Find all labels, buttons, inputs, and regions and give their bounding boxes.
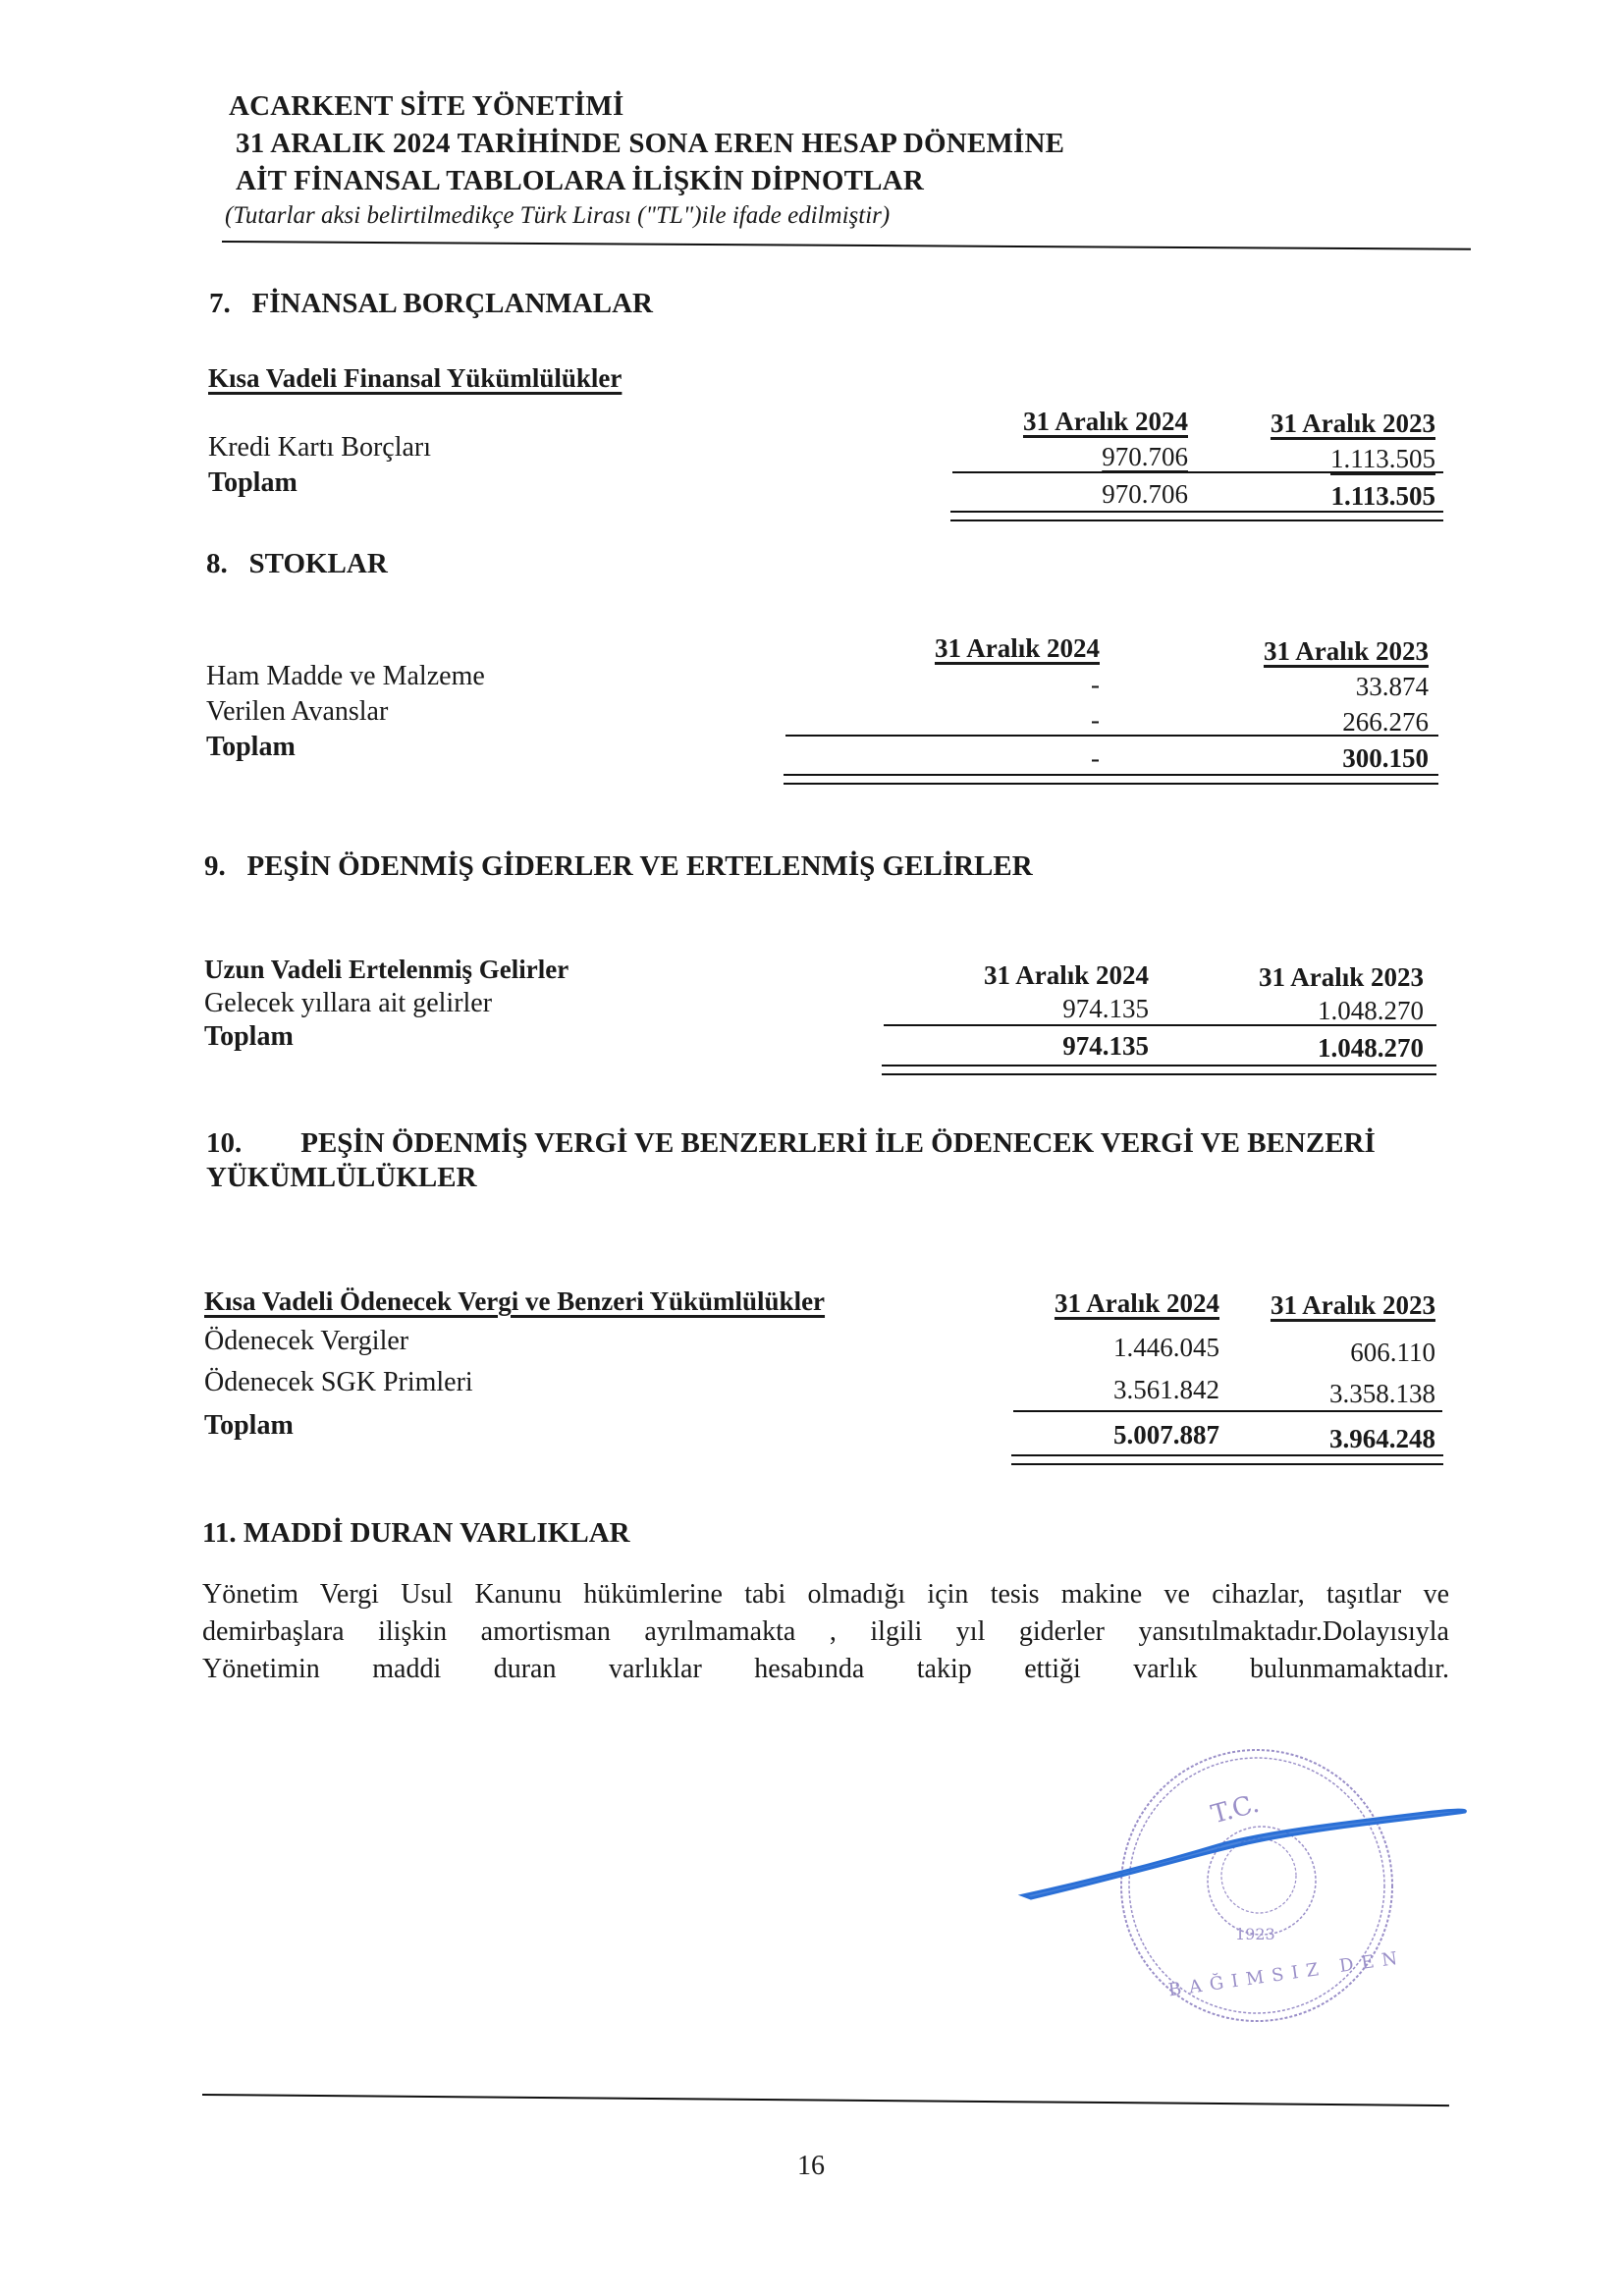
section-7-total-current: 970.706 (943, 479, 1188, 510)
section-9-subtitle: Uzun Vadeli Ertelenmiş Gelirler (204, 955, 568, 985)
section-9-row-current: 974.135 (903, 994, 1149, 1024)
section-10-subtitle: Kısa Vadeli Ödenecek Vergi ve Benzeri Yü… (204, 1286, 825, 1317)
section-8-heading: 8. STOKLAR (206, 548, 388, 580)
section-8-total-label: Toplam (206, 732, 296, 763)
section-10-row-current: 1.446.045 (974, 1333, 1219, 1363)
section-10-total-label: Toplam (204, 1410, 294, 1442)
signature-stroke-icon (1011, 1802, 1483, 1910)
section-7-col-prior: 31 Aralık 2023 (1190, 409, 1435, 439)
section-10-title: PEŞİN ÖDENMİŞ VERGİ VE BENZERLERİ İLE ÖD… (300, 1127, 1376, 1159)
section-9-total-label: Toplam (204, 1021, 294, 1053)
report-period-title: 31 ARALIK 2024 TARİHİNDE SONA EREN HESAP… (236, 128, 1064, 159)
section-8-number: 8. (206, 548, 228, 579)
section-9-title: PEŞİN ÖDENMİŞ GİDERLER VE ERTELENMİŞ GEL… (247, 850, 1033, 882)
section-7-total-label: Toplam (208, 467, 298, 499)
section-10-total-double-rule (1011, 1454, 1443, 1465)
signature (1011, 1802, 1483, 1910)
section-10-row-label: Ödenecek SGK Primleri (204, 1367, 473, 1398)
section-7-col-current: 31 Aralık 2024 (943, 407, 1188, 437)
section-9-number: 9. (204, 850, 226, 882)
section-10-col-current: 31 Aralık 2024 (974, 1288, 1219, 1319)
section-8-row-current: - (854, 705, 1100, 736)
section-8-total-current: - (854, 743, 1100, 774)
section-7-row-label: Kredi Kartı Borçları (208, 432, 431, 464)
section-8-row-prior: 33.874 (1183, 672, 1429, 702)
section-9-total-double-rule (882, 1065, 1436, 1075)
section-8-title: STOKLAR (249, 548, 388, 579)
section-8-col-prior: 31 Aralık 2023 (1183, 636, 1429, 667)
section-9-subtotal-rule (884, 1024, 1436, 1026)
section-10-row-label: Ödenecek Vergiler (204, 1326, 408, 1357)
section-10-subtotal-rule (1013, 1410, 1442, 1412)
section-8-total-prior: 300.150 (1183, 743, 1429, 774)
section-9-col-current: 31 Aralık 2024 (903, 960, 1149, 991)
section-7-heading: 7. FİNANSAL BORÇLANMALAR (209, 288, 653, 320)
section-8-col-current: 31 Aralık 2024 (854, 633, 1100, 664)
page-number: 16 (762, 2151, 860, 2182)
section-9-row-label: Gelecek yıllara ait gelirler (204, 988, 492, 1019)
section-7-title: FİNANSAL BORÇLANMALAR (252, 288, 653, 319)
section-10-heading-line2: YÜKÜMLÜLÜKLER (206, 1162, 477, 1194)
section-8-total-double-rule (784, 774, 1438, 785)
section-10-total-prior: 3.964.248 (1190, 1424, 1435, 1454)
currency-note: (Tutarlar aksi belirtilmedikçe Türk Lira… (225, 202, 890, 230)
paragraph-line: demirbaşlara ilişkin amortisman ayrılmam… (202, 1613, 1449, 1651)
section-7-row-current: 970.706 (943, 442, 1188, 472)
section-7-subtitle: Kısa Vadeli Finansal Yükümlülükler (208, 363, 622, 394)
section-10-row-current: 3.561.842 (974, 1375, 1219, 1405)
section-9-total-current: 974.135 (903, 1031, 1149, 1062)
section-8-row-prior: 266.276 (1183, 707, 1429, 738)
stamp-year: 1923 (1235, 1925, 1275, 1943)
report-title: AİT FİNANSAL TABLOLARA İLİŞKİN DİPNOTLAR (236, 165, 924, 196)
section-7-number: 7. (209, 288, 231, 319)
footer-rule (202, 2094, 1449, 2106)
section-8-subtotal-rule (785, 735, 1438, 737)
paragraph-line: Yönetimin maddi duran varlıklar hesabınd… (202, 1651, 1449, 1688)
section-10-total-current: 5.007.887 (974, 1420, 1219, 1450)
section-9-heading: 9. PEŞİN ÖDENMİŞ GİDERLER VE ERTELENMİŞ … (204, 850, 1033, 883)
section-10-heading: 10.PEŞİN ÖDENMİŞ VERGİ VE BENZERLERİ İLE… (206, 1127, 1376, 1160)
paragraph-line: Yönetim Vergi Usul Kanunu hükümlerine ta… (202, 1576, 1449, 1613)
section-7-total-double-rule (950, 511, 1443, 521)
section-9-col-prior: 31 Aralık 2023 (1178, 962, 1424, 993)
section-10-col-prior: 31 Aralık 2023 (1190, 1290, 1435, 1321)
section-8-row-label: Verilen Avanslar (206, 696, 388, 728)
section-11-heading: 11. MADDİ DURAN VARLIKLAR (202, 1517, 630, 1550)
section-10-row-prior: 606.110 (1190, 1338, 1435, 1368)
stamp-bottom-text: BAĞIMSIZ DENETÇİ (1166, 1935, 1404, 2000)
section-10-number: 10. (206, 1127, 242, 1159)
section-11-paragraph: Yönetim Vergi Usul Kanunu hükümlerine ta… (202, 1576, 1449, 1688)
header-rule (222, 241, 1471, 250)
section-8-row-current: - (854, 670, 1100, 700)
section-10-row-prior: 3.358.138 (1190, 1379, 1435, 1409)
section-7-subtotal-rule (952, 471, 1443, 473)
section-7-total-prior: 1.113.505 (1190, 481, 1435, 512)
section-9-total-prior: 1.048.270 (1178, 1033, 1424, 1064)
section-7-row-prior: 1.113.505 (1190, 444, 1435, 474)
section-9-row-prior: 1.048.270 (1178, 996, 1424, 1026)
company-name: ACARKENT SİTE YÖNETİMİ (229, 90, 623, 122)
section-8-row-label: Ham Madde ve Malzeme (206, 661, 485, 692)
